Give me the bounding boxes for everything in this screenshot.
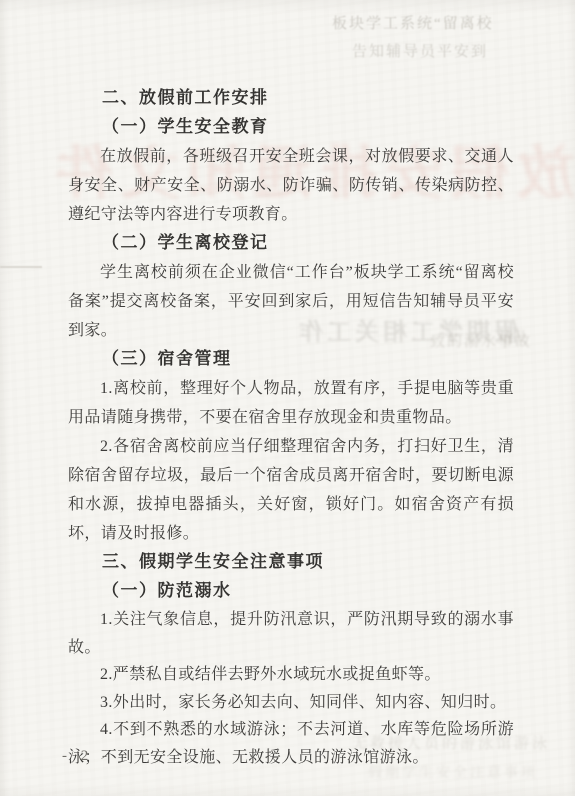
scanned-document-page: 板块学工系统“留离校 告知辅导员平安到 放假安排通知文件 假期学工相关工作 致的… — [0, 0, 575, 796]
section-heading-2: 二、放假前工作安排 — [68, 84, 514, 113]
bleedthrough-ghost-text: 板块学工系统“留离校 — [332, 12, 494, 33]
paragraph: 学生离校前须在企业微信“工作台”板块学工系统“留离校备案”提交离校备案，平安回到… — [68, 258, 514, 345]
paragraph: 1.离校前，整理好个人物品，放置有序，手提电脑等贵重用品请随身携带，不要在宿舍里… — [68, 374, 514, 432]
scan-mark — [0, 266, 42, 268]
numbered-item: 3.外出时，家长务必知去向、知同伴、知内容、知归时。 — [68, 689, 514, 717]
subsection-heading-2-3: （三）宿舍管理 — [68, 345, 514, 374]
numbered-item: 1.关注气象信息，提升防汛意识，严防汛期导致的溺水事故。 — [68, 606, 514, 661]
subsection-heading-2-1: （一）学生安全教育 — [68, 113, 514, 142]
document-body: 二、放假前工作安排 （一）学生安全教育 在放假前，各班级召开安全班会课，对放假要… — [68, 84, 514, 771]
subsection-heading-3-1: （一）防范溺水 — [68, 577, 514, 606]
bleedthrough-ghost-text: 告知辅导员平安到 — [352, 40, 488, 61]
paragraph: 在放假前，各班级召开安全班会课，对放假要求、交通人身安全、财产安全、防溺水、防诈… — [68, 142, 514, 229]
numbered-item: 2.严禁私自或结伴去野外水域玩水或捉鱼虾等。 — [68, 661, 514, 689]
paragraph: 2.各宿舍离校前应当仔细整理宿舍内务，打扫好卫生，清除宿舍留存垃圾，最后一个宿舍… — [68, 432, 514, 548]
subsection-heading-2-2: （二）学生离校登记 — [68, 229, 514, 258]
page-number: - 2 - — [62, 748, 112, 765]
numbered-item: 4.不到不熟悉的水域游泳；不去河道、水库等危险场所游泳；不到无安全设施、无救援人… — [68, 716, 514, 771]
section-heading-3: 三、假期学生安全注意事项 — [68, 548, 514, 577]
